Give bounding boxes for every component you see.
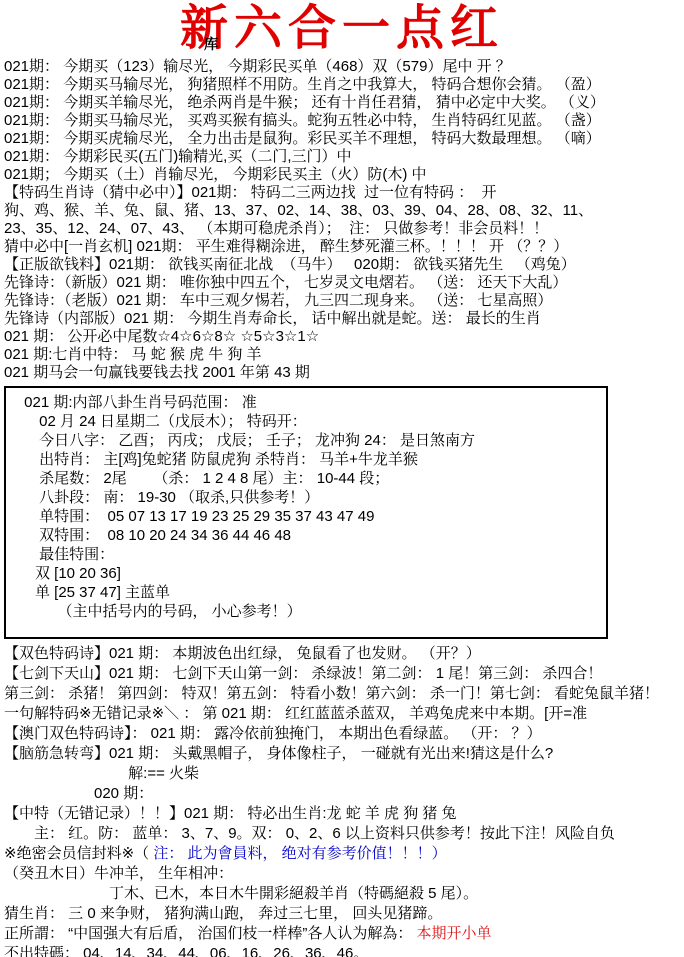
text-segment: 本期开小单	[417, 925, 492, 942]
text-line: 正所謂： “中国强大有后盾， 治国们枝一样棒”各人认为解為： 本期开小单	[4, 924, 684, 944]
text-segment: 正所謂： “中国强大有后盾， 治国们枝一样棒”各人认为解為：	[4, 925, 417, 942]
text-line: 021期： 今期彩民买(五门)输精光,买（二门,三门）中	[4, 148, 684, 166]
text-line: 先锋诗：（老版）021 期： 车中三观夕惕若， 九三四二现身来。 （送： 七星高…	[4, 292, 684, 310]
bagua-number-range-box: 021 期:内部八卦生肖号码范围： 准 02 月 24 日星期二（戊辰木）； 特…	[4, 386, 608, 639]
text-line: 02 月 24 日星期二（戊辰木）； 特码开：	[20, 412, 602, 431]
text-line: 【脑筋急转弯】021 期： 头戴黑帽子， 身体像柱子， 一碰就有光出来!猜这是什…	[4, 744, 684, 764]
text-line: 【特码生肖诗（猜中必中）】021期： 特码二三两边找 过一位有特码 ： 开	[4, 184, 684, 202]
text-line: 【七剑下天山】021 期： 七剑下天山第一剑： 杀绿波！第二剑： 1 尾！第三剑…	[4, 664, 684, 684]
text-line: 双特围： 08 10 20 24 34 36 44 46 48	[20, 526, 602, 545]
text-line: 狗、鸡、猴、羊、兔、鼠、猪、13、37、02、14、38、03、39、04、28…	[4, 202, 684, 220]
title-overlay-char: 库	[204, 34, 218, 54]
text-line: 021 期： 公开必中尾数☆4☆6☆8☆ ☆5☆3☆1☆	[4, 328, 684, 346]
tip-sheet-page: 新六合一点红 库 021期： 今期买（123）输尽光， 今期彩民买单（468）双…	[0, 2, 684, 957]
text-line: ※绝密会员信封料※（ 注： 此为會員料， 绝对有参考价值！！！）	[4, 844, 684, 864]
text-line: 【双色特码诗】021 期： 本期波色出红绿， 兔鼠看了也发财。 （开？）	[4, 644, 684, 664]
text-line: 先锋诗：（新版）021 期： 唯你独中四五个， 七岁灵文电熠若。 （送： 还天下…	[4, 274, 684, 292]
text-line: 021期： 今期买羊输尽光， 绝杀两肖是牛猴； 还有十肖任君猜， 猜中必定中大奖…	[4, 94, 684, 112]
text-line: 021期： 今期买虎输尽光， 全力出击是鼠狗。彩民买羊不理想， 特码大数最理想。…	[4, 130, 684, 148]
text-line: 猜中必中[一肖玄机] 021期： 平生难得糊涂进， 醉生梦死灌三杯。！！！ 开 …	[4, 238, 684, 256]
text-segment: ※绝密会员信封料※（	[4, 845, 153, 862]
text-line: 021 期:内部八卦生肖号码范围： 准	[20, 393, 602, 412]
text-line: 021 期:七肖中特： 马 蛇 猴 虎 牛 狗 羊	[4, 346, 684, 364]
text-line: （主中括号内的号码， 小心参考！）	[20, 602, 602, 621]
text-line: 第三剑： 杀猪！ 第四剑： 特双！第五剑： 特看小数！第六剑： 杀一门！第七剑：…	[4, 684, 684, 704]
text-line: （癸丑木日）牛冲羊， 生年相冲：	[4, 864, 684, 884]
text-line: 021期： 今期买马输尽光， 狗猪照样不用防。生肖之中我算大， 特码合想你会猜。…	[4, 76, 684, 94]
text-line: 最佳特围：	[20, 545, 602, 564]
top-text-section: 021期： 今期买（123）输尽光， 今期彩民买单（468）双（579）尾中 开…	[4, 58, 684, 382]
text-line: 出特肖： 主[鸡]兔蛇猪 防鼠虎狗 杀特肖： 马羊+牛龙羊猴	[20, 450, 602, 469]
text-line: 先锋诗（内部版）021 期： 今期生肖寿命长， 话中解出就是蛇。送： 最长的生肖	[4, 310, 684, 328]
text-line: 【澳门双色特码诗】： 021 期： 露冷依前独掩门， 本期出色看绿蓝。 （开： …	[4, 724, 684, 744]
text-line: 猜生肖： 三 0 来争财， 猪狗满山跑， 奔过三七里， 回头见猪蹄。	[4, 904, 684, 924]
text-line: 今日八字： 乙酉； 丙戌； 戊辰； 壬子； 龙冲狗 24： 是日煞南方	[20, 431, 602, 450]
text-line: 021 期马会一句赢钱要钱去找 2001 年第 43 期	[4, 364, 684, 382]
text-line: 丁木、已木，本日木牛開彩絕殺羊肖（特碼絕殺 5 尾）。	[4, 884, 684, 904]
text-line: 021期： 今期买马输尽光， 买鸡买猴有搞头。蛇狗五牲必中特， 生肖特码红见蓝。…	[4, 112, 684, 130]
text-line: 单 [25 37 47] 主蓝单	[20, 583, 602, 602]
text-line: 八卦段： 南： 19-30 （取杀,只供参考！）	[20, 488, 602, 507]
text-segment: 注： 此为會員料， 绝对有参考价值！！！）	[153, 845, 446, 862]
text-line: 【正版欲钱料】021期： 欲钱买南征北战 （马牛） 020期： 欲钱买猪先生 （…	[4, 256, 684, 274]
text-line: 020 期：	[4, 784, 684, 804]
text-line: 不出特碼： 04、14、34、44、06、16、26、36、46。	[4, 944, 684, 957]
text-line: 解:== 火柴	[4, 764, 684, 784]
bottom-text-section: 【双色特码诗】021 期： 本期波色出红绿， 兔鼠看了也发财。 （开？）【七剑下…	[4, 644, 684, 957]
text-line: 主： 红。防： 蓝单： 3、7、9。双： 0、2、6 以上资料只供参考！按此下注…	[4, 824, 684, 844]
text-line: 杀尾数： 2尾 （杀： 1 2 4 8 尾）主： 10-44 段；	[20, 469, 602, 488]
text-line: 021期： 今期买（123）输尽光， 今期彩民买单（468）双（579）尾中 开…	[4, 58, 684, 76]
text-line: 一句解特码※无错记录※＼ ： 第 021 期： 红红蓝蓝杀蓝双， 羊鸡兔虎来中本…	[4, 704, 684, 724]
text-line: 【中特（无错记录）！！】021 期： 特必出生肖:龙 蛇 羊 虎 狗 猪 兔	[4, 804, 684, 824]
page-title: 新六合一点红	[0, 2, 684, 56]
text-line: 021期； 今期买（土）肖输尽光， 今期彩民买主（火）防(木) 中	[4, 166, 684, 184]
text-line: 单特围： 05 07 13 17 19 23 25 29 35 37 43 47…	[20, 507, 602, 526]
text-line: 23、35、12、24、07、43、 （本期可稳虎杀肖）； 注： 只做参考！非会…	[4, 220, 684, 238]
text-line: 双 [10 20 36]	[20, 564, 602, 583]
